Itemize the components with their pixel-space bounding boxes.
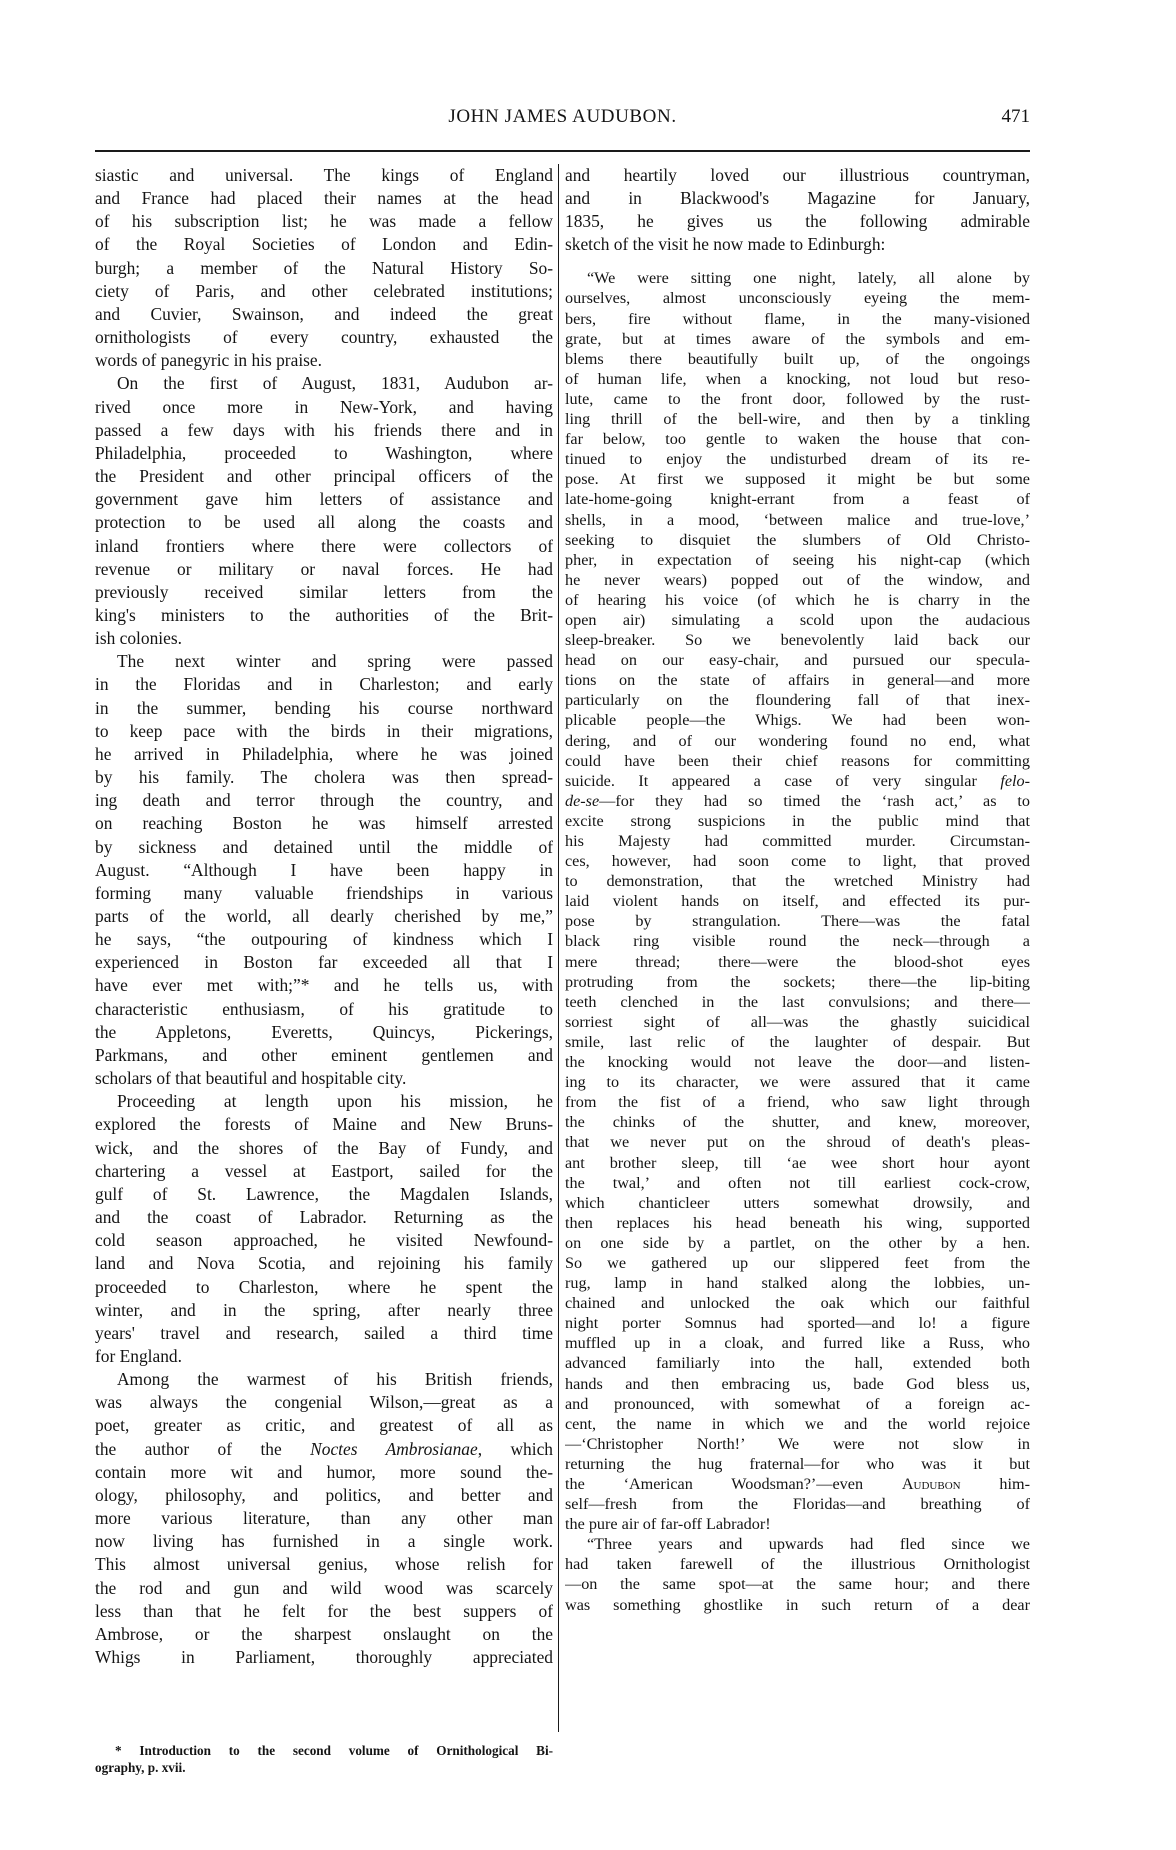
text-line: particularly on the floundering fall of … (565, 690, 1030, 710)
text-line: previously received similar letters from… (95, 581, 553, 604)
text-line: 1835, he gives us the following admirabl… (565, 210, 1030, 233)
text-line: chained and unlocked the oak which our f… (565, 1293, 1030, 1313)
text-line: now living has furnished in a single wor… (95, 1530, 553, 1553)
text-line: of hearing his voice (of which he is cha… (565, 590, 1030, 610)
text-line: ing to its character, we were assured th… (565, 1072, 1030, 1092)
italic-text: felo- (1000, 772, 1030, 790)
text-line: suicide. It appeared a case of very sing… (565, 771, 1030, 791)
text-line: to demonstration, that the wretched Mini… (565, 871, 1030, 891)
text-line: returning the hug fraternal—for who was … (565, 1454, 1030, 1474)
text-line: had taken farewell of the illustrious Or… (565, 1554, 1030, 1574)
text-line: cent, the name in which we and the world… (565, 1414, 1030, 1434)
text-line: and the coast of Labrador. Returning as … (95, 1206, 553, 1229)
text-line: chartering a vessel at Eastport, sailed … (95, 1160, 553, 1183)
text-line: Parkmans, and other eminent gentlemen an… (95, 1044, 553, 1067)
column-divider (558, 164, 559, 1732)
text-line: grate, but at times aware of the symbols… (565, 329, 1030, 349)
text-line: ing death and terror through the country… (95, 789, 553, 812)
text-line: ourselves, almost unconsciously eyeing t… (565, 288, 1030, 308)
text-line: less than that he felt for the best supp… (95, 1600, 553, 1623)
text-line: This almost universal genius, whose reli… (95, 1553, 553, 1576)
text-line: government gave him letters of assistanc… (95, 488, 553, 511)
text-line: which chanticleer utters somewhat drowsi… (565, 1193, 1030, 1213)
text-line: sorriest sight of all—was the ghastly su… (565, 1012, 1030, 1032)
text-line: ography, p. xvii. (95, 1759, 553, 1776)
text-line: laid violent hands on itself, and effect… (565, 891, 1030, 911)
text-line: inland frontiers where there were collec… (95, 535, 553, 558)
text-line: muffled up in a cloak, and furred like a… (565, 1333, 1030, 1353)
text-line: then replaces his head beneath his wing,… (565, 1213, 1030, 1233)
text-line: from the fist of a friend, who saw light… (565, 1092, 1030, 1112)
text-line: bers, fire without flame, in the many-vi… (565, 309, 1030, 329)
text-line: So we gathered up our slippered feet fro… (565, 1253, 1030, 1273)
text-line: forming many valuable friendships in var… (95, 882, 553, 905)
text-line: siastic and universal. The kings of Engl… (95, 164, 553, 187)
text-line: “Three years and upwards had fled since … (565, 1534, 1030, 1554)
text-line: Ambrose, or the sharpest onslaught on th… (95, 1623, 553, 1646)
text-line: in the summer, bending his course northw… (95, 697, 553, 720)
text-line: of human life, when a knocking, not loud… (565, 369, 1030, 389)
text-line: sketch of the visit he now made to Edinb… (565, 233, 1030, 256)
text-line: could have been their chief reasons for … (565, 751, 1030, 771)
text-line: the knocking would not leave the door—an… (565, 1052, 1030, 1072)
text-line: the President and other principal office… (95, 465, 553, 488)
text-line: scholars of that beautiful and hospitabl… (95, 1067, 553, 1090)
text-line: ish colonies. (95, 627, 553, 650)
text-line: sleep-breaker. So we benevolently laid b… (565, 630, 1030, 650)
book-page: JOHN JAMES AUDUBON. 471 siastic and univ… (95, 98, 1030, 138)
footnote: * Introduction to the second volume of O… (95, 1742, 553, 1776)
text-line: on one side by a partlet, on the other b… (565, 1233, 1030, 1253)
text-line: parts of the world, all dearly cherished… (95, 905, 553, 928)
text-line: and pronounced, with somewhat of a forei… (565, 1394, 1030, 1414)
text-line: cold season approached, he visited Newfo… (95, 1229, 553, 1252)
quote-introduction: and heartily loved our illustrious count… (565, 164, 1030, 256)
text-line: protection to be used all along the coas… (95, 511, 553, 534)
text-line: pose by strangulation. There—was the fat… (565, 911, 1030, 931)
text-line: passed a few days with his friends there… (95, 419, 553, 442)
text-line: “We were sitting one night, lately, all … (565, 268, 1030, 288)
italic-text: de-se (565, 792, 599, 810)
right-column: and heartily loved our illustrious count… (565, 164, 1030, 1615)
text-line: land and Nova Scotia, and rejoining his … (95, 1252, 553, 1275)
running-head: JOHN JAMES AUDUBON. 471 (95, 98, 1030, 138)
text-line: experienced in Boston far exceeded all t… (95, 951, 553, 974)
text-line: of his subscription list; he was made a … (95, 210, 553, 233)
italic-text: Noctes Ambrosianae (310, 1439, 478, 1459)
text-line: lute, came to the front door, followed b… (565, 389, 1030, 409)
text-line: seeking to disquiet the slumbers of Old … (565, 530, 1030, 550)
two-column-body: siastic and universal. The kings of Engl… (95, 164, 1030, 1734)
text-line: tions on the state of affairs in general… (565, 670, 1030, 690)
text-line: * Introduction to the second volume of O… (95, 1742, 553, 1759)
text-line: far below, too gentle to waken the house… (565, 429, 1030, 449)
text-line: protruding from the sockets; there—the l… (565, 972, 1030, 992)
text-line: ornithologists of every country, exhaust… (95, 326, 553, 349)
text-line: de-se—for they had so timed the ‘rash ac… (565, 791, 1030, 811)
text-line: and heartily loved our illustrious count… (565, 164, 1030, 187)
text-line: he never wears) popped out of the window… (565, 570, 1030, 590)
text-line: Among the warmest of his British friends… (95, 1368, 553, 1391)
text-line: king's ministers to the authorities of t… (95, 604, 553, 627)
text-line: on reaching Boston he was himself arrest… (95, 812, 553, 835)
text-line: the author of the Noctes Ambrosianae, wh… (95, 1438, 553, 1461)
text-line: the rod and gun and wild wood was scarce… (95, 1577, 553, 1600)
text-line: proceeded to Charleston, where he spent … (95, 1276, 553, 1299)
text-line: The next winter and spring were passed (95, 650, 553, 673)
text-line: was something ghostlike in such return o… (565, 1595, 1030, 1615)
text-line: he says, “the outpouring of kindness whi… (95, 928, 553, 951)
text-line: and in Blackwood's Magazine for January, (565, 187, 1030, 210)
text-line: his Majesty had committed murder. Circum… (565, 831, 1030, 851)
text-line: blems there beautifully built up, of the… (565, 349, 1030, 369)
running-title: JOHN JAMES AUDUBON. (95, 106, 1030, 128)
text-line: night porter Somnus had sported—and lo! … (565, 1313, 1030, 1333)
text-line: characteristic enthusiasm, of his gratit… (95, 998, 553, 1021)
text-line: gulf of St. Lawrence, the Magdalen Islan… (95, 1183, 553, 1206)
small-caps-text: Audubon (902, 1475, 961, 1493)
text-line: August. “Although I have been happy in (95, 859, 553, 882)
text-line: head on our easy-chair, and pursued our … (565, 650, 1030, 670)
text-line: the Appletons, Everetts, Quincys, Picker… (95, 1021, 553, 1044)
text-line: was always the congenial Wilson,—great a… (95, 1391, 553, 1414)
text-line: by his family. The cholera was then spre… (95, 766, 553, 789)
text-line: pher, in expectation of seeing his night… (565, 550, 1030, 570)
text-line: the pure air of far-off Labrador! (565, 1514, 1030, 1534)
text-line: poet, greater as critic, and greatest of… (95, 1414, 553, 1437)
text-line: black ring visible round the neck—throug… (565, 931, 1030, 951)
text-line: and Cuvier, Swainson, and indeed the gre… (95, 303, 553, 326)
text-line: more various literature, than any other … (95, 1507, 553, 1530)
blackwoods-quotation: “We were sitting one night, lately, all … (565, 268, 1030, 1614)
text-line: rived once more in New-York, and having (95, 396, 553, 419)
text-line: the twal,’ and often not till earliest c… (565, 1173, 1030, 1193)
text-line: shells, in a mood, ‘between malice and t… (565, 510, 1030, 530)
header-rule (95, 150, 1030, 152)
text-line: words of panegyric in his praise. (95, 349, 553, 372)
text-line: and France had placed their names at the… (95, 187, 553, 210)
text-line: hands and then embracing us, bade God bl… (565, 1374, 1030, 1394)
text-line: Proceeding at length upon his mission, h… (95, 1090, 553, 1113)
text-line: open air) simulating a scold upon the au… (565, 610, 1030, 630)
text-line: —‘Christopher North!’ We were not slow i… (565, 1434, 1030, 1454)
page-number: 471 (1002, 106, 1031, 128)
text-line: that we never put on the shroud of death… (565, 1132, 1030, 1152)
text-line: rug, lamp in hand stalked along the lobb… (565, 1273, 1030, 1293)
text-line: in the Floridas and in Charleston; and e… (95, 673, 553, 696)
text-line: ology, philosophy, and politics, and bet… (95, 1484, 553, 1507)
text-line: ant brother sleep, till ‘ae wee short ho… (565, 1153, 1030, 1173)
text-line: ces, however, had soon come to light, th… (565, 851, 1030, 871)
text-line: advanced familiarly into the hall, exten… (565, 1353, 1030, 1373)
text-line: dering, and of our wondering found no en… (565, 731, 1030, 751)
text-line: the chinks of the shutter, and knew, mor… (565, 1112, 1030, 1132)
text-line: self—fresh from the Floridas—and breathi… (565, 1494, 1030, 1514)
text-line: teeth clenched in the last convulsions; … (565, 992, 1030, 1012)
left-column: siastic and universal. The kings of Engl… (95, 164, 553, 1669)
text-line: pose. At first we supposed it might be b… (565, 469, 1030, 489)
text-line: have ever met with;”* and he tells us, w… (95, 974, 553, 997)
text-line: burgh; a member of the Natural History S… (95, 257, 553, 280)
text-line: ling thrill of the bell-wire, and then b… (565, 409, 1030, 429)
text-line: excite strong suspicions in the public m… (565, 811, 1030, 831)
text-line: ciety of Paris, and other celebrated ins… (95, 280, 553, 303)
text-line: Philadelphia, proceeded to Washington, w… (95, 442, 553, 465)
text-line: by sickness and detained until the middl… (95, 836, 553, 859)
text-line: plicable people—the Whigs. We had been w… (565, 710, 1030, 730)
text-line: for England. (95, 1345, 553, 1368)
text-line: late-home-going knight-errant from a fea… (565, 489, 1030, 509)
text-line: he arrived in Philadelphia, where he was… (95, 743, 553, 766)
text-line: On the first of August, 1831, Audubon ar… (95, 372, 553, 395)
text-line: mere thread; there—were the blood-shot e… (565, 952, 1030, 972)
text-line: Whigs in Parliament, thoroughly apprecia… (95, 1646, 553, 1669)
text-line: wick, and the shores of the Bay of Fundy… (95, 1137, 553, 1160)
text-line: winter, and in the spring, after nearly … (95, 1299, 553, 1322)
text-line: smile, last relic of the laughter of des… (565, 1032, 1030, 1052)
text-line: to keep pace with the birds in their mig… (95, 720, 553, 743)
text-line: —on the same spot—at the same hour; and … (565, 1574, 1030, 1594)
text-line: tinued to enjoy the undisturbed dream of… (565, 449, 1030, 469)
text-line: of the Royal Societies of London and Edi… (95, 233, 553, 256)
text-line: explored the forests of Maine and New Br… (95, 1113, 553, 1136)
text-line: revenue or military or naval forces. He … (95, 558, 553, 581)
text-line: the ‘American Woodsman?’—even Audubon hi… (565, 1474, 1030, 1494)
text-line: contain more wit and humor, more sound t… (95, 1461, 553, 1484)
text-line: years' travel and research, sailed a thi… (95, 1322, 553, 1345)
